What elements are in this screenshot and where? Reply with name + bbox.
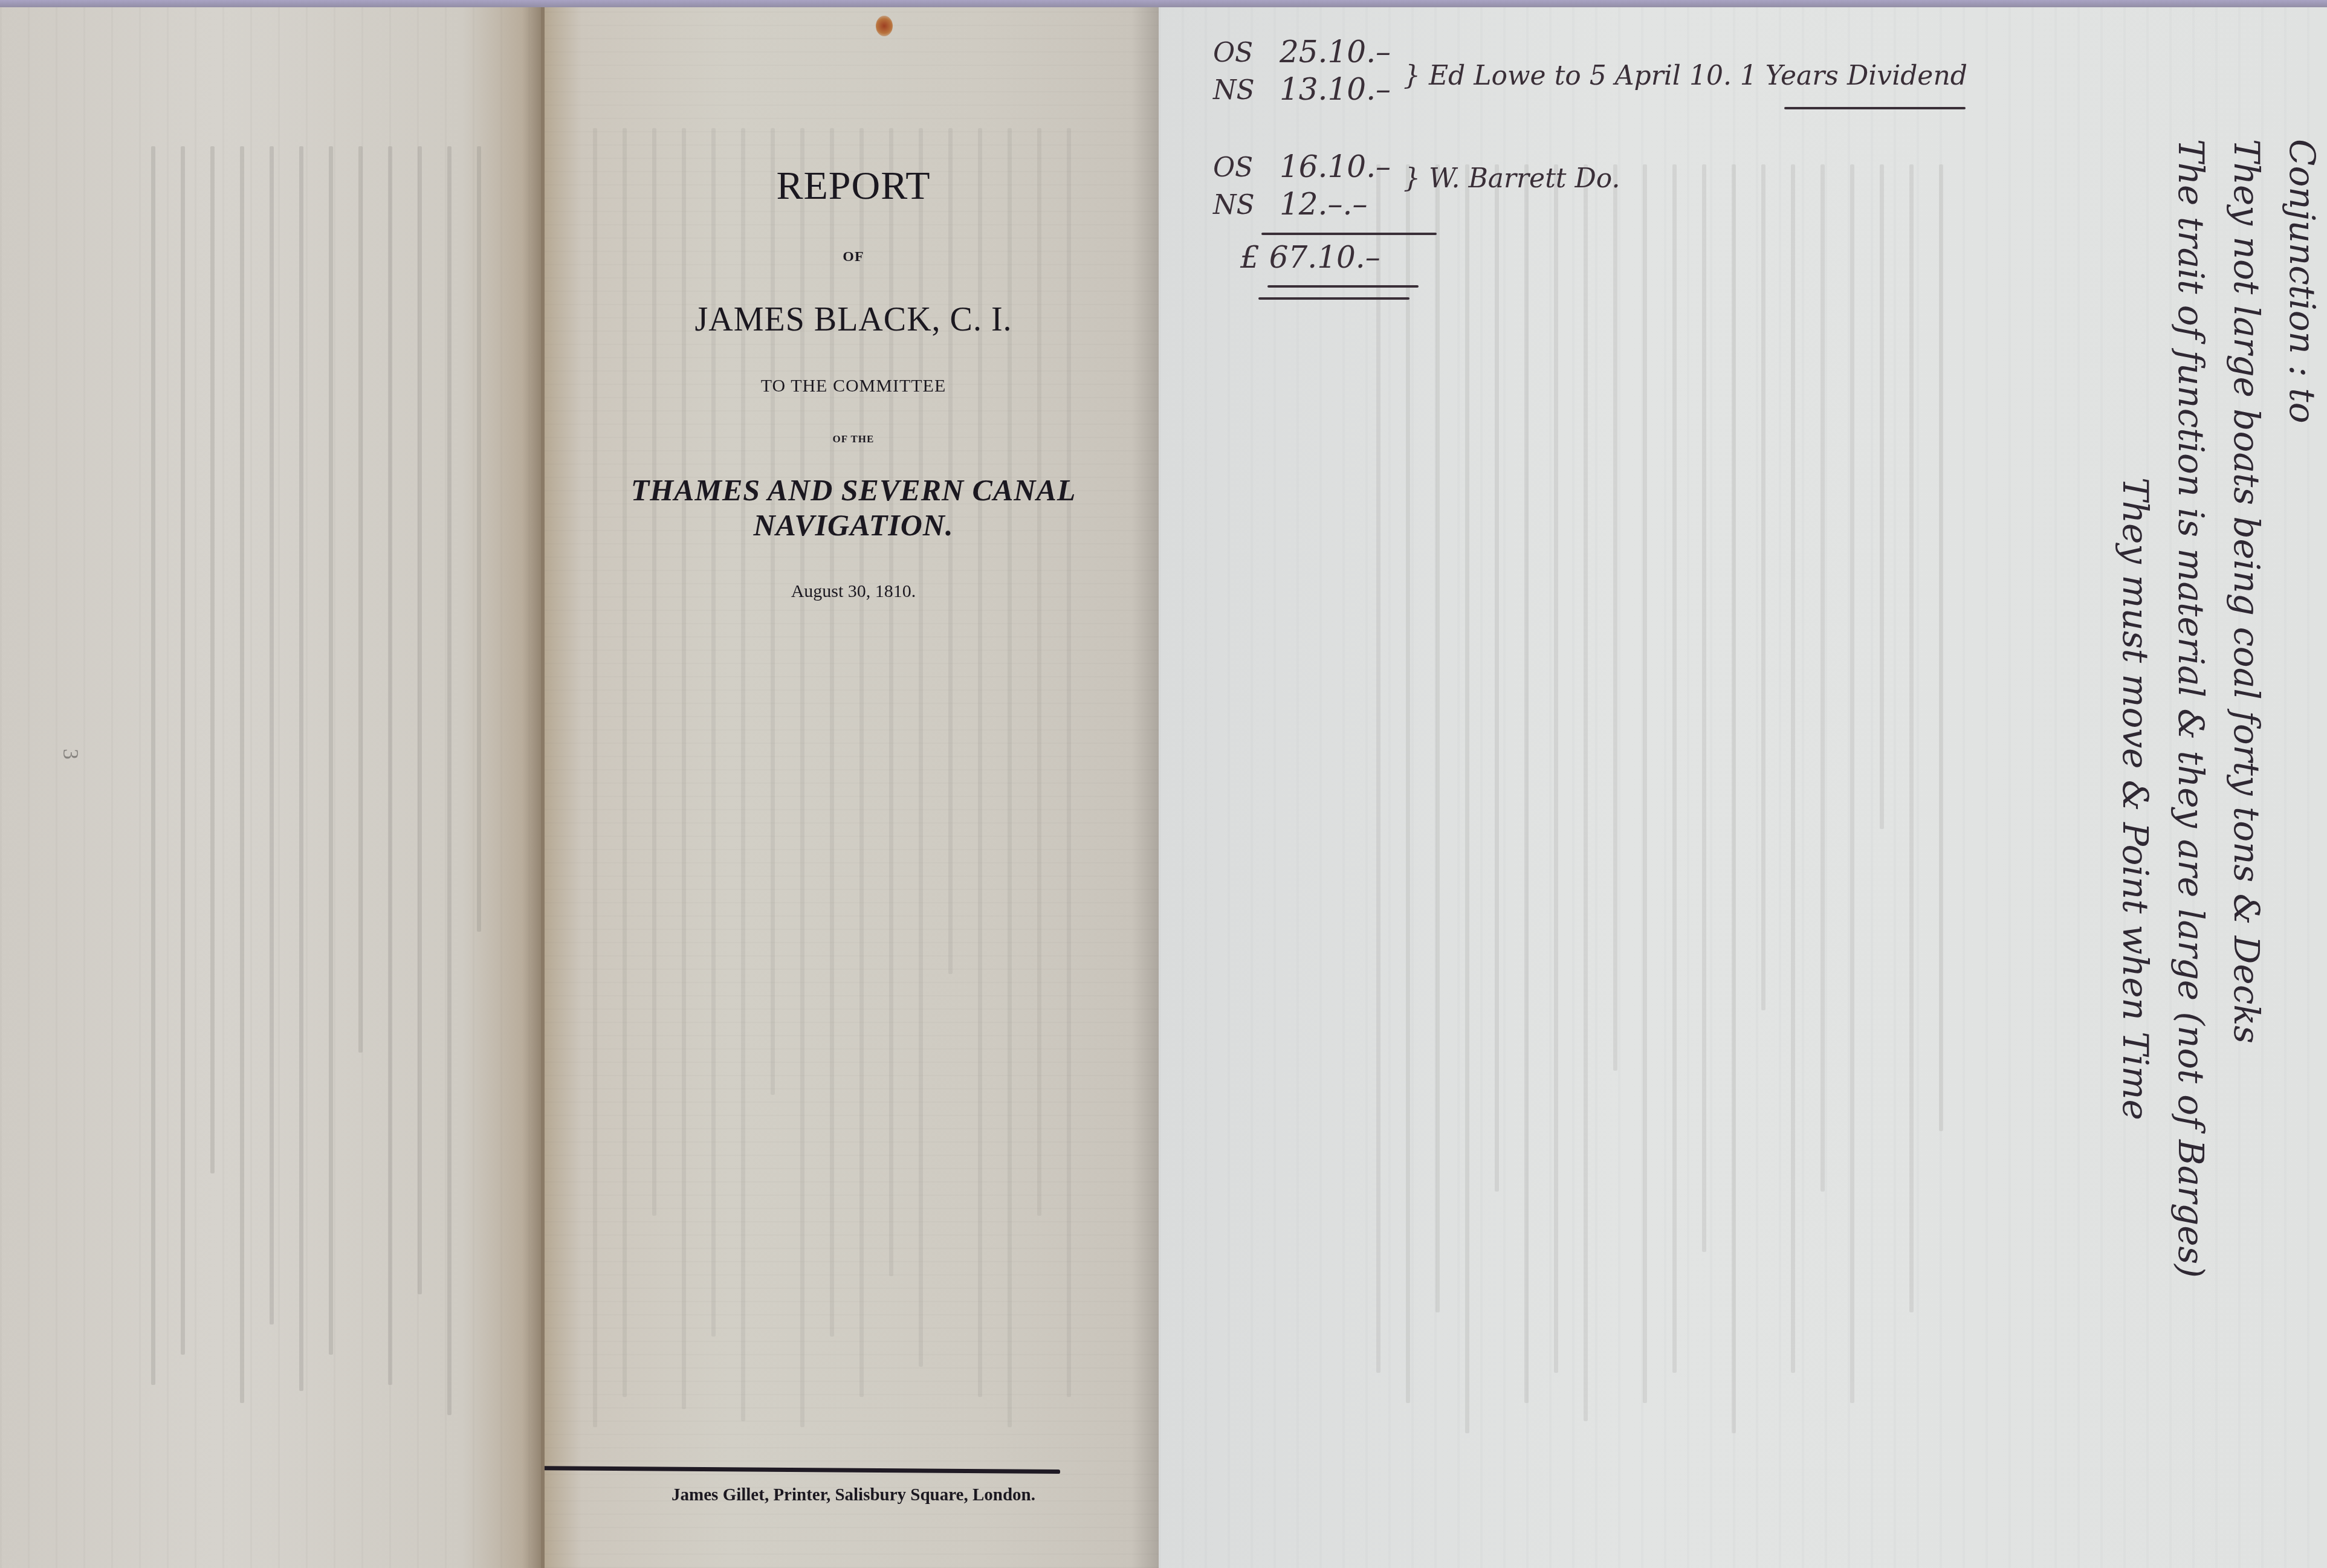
ledger-total: £ 67.10.– [1240,240,1380,275]
title-page-panel: REPORT OF JAMES BLACK, C. I. TO THE COMM… [541,7,1165,1568]
report-date: August 30, 1810. [545,581,1162,602]
note-underline [1784,107,1966,109]
committee-line: TO THE COMMITTEE [545,376,1162,396]
ledger-amount: 12.–.– [1280,187,1367,222]
bleed-through-text [151,146,481,1415]
total-double-rule [1267,285,1419,288]
author-name: JAMES BLACK, C. I. [545,300,1162,339]
ledger-label: NS [1213,190,1255,221]
margin-note-line: They not large boats being coal forty to… [2219,139,2274,1278]
page-number: 3 [58,749,83,760]
ledger-amount: 13.10.– [1280,72,1391,107]
ledger-note-barrett: } W. Barrett Do. [1403,163,1620,194]
bleed-through-text [1376,164,1943,1433]
margin-notes: Conjunction : to They not large boats be… [2108,139,2327,1278]
sum-rule [1261,233,1437,235]
of-label: OF [545,249,1162,265]
printer-imprint: James Gillet, Printer, Salisbury Square,… [545,1485,1162,1505]
of-the-label: OF THE [545,433,1162,445]
report-heading: REPORT [545,163,1162,209]
canal-name-line2: NAVIGATION. [545,508,1162,543]
margin-note-line: The trait of function is material & they… [2163,139,2219,1278]
ledger-label: OS [1213,37,1253,68]
ledger-label: OS [1213,152,1253,183]
printer-rule-divider [541,1466,1060,1474]
margin-note-line: Conjunction : to [2274,139,2327,1278]
rust-stain [876,16,893,36]
total-double-rule [1258,297,1409,300]
ledger-label: NS [1213,75,1255,106]
ledger-note-dividend: } Ed Lowe to 5 April 10. 1 Years Dividen… [1403,60,1967,91]
ledger-amount: 16.10.– [1280,149,1391,184]
margin-note-line: They must move & Point when Time [2108,139,2163,1278]
left-page-panel: 3 [0,7,544,1568]
canal-name-line1: THAMES AND SEVERN CANAL [545,473,1162,508]
ledger-amount: 25.10.– [1280,34,1391,69]
